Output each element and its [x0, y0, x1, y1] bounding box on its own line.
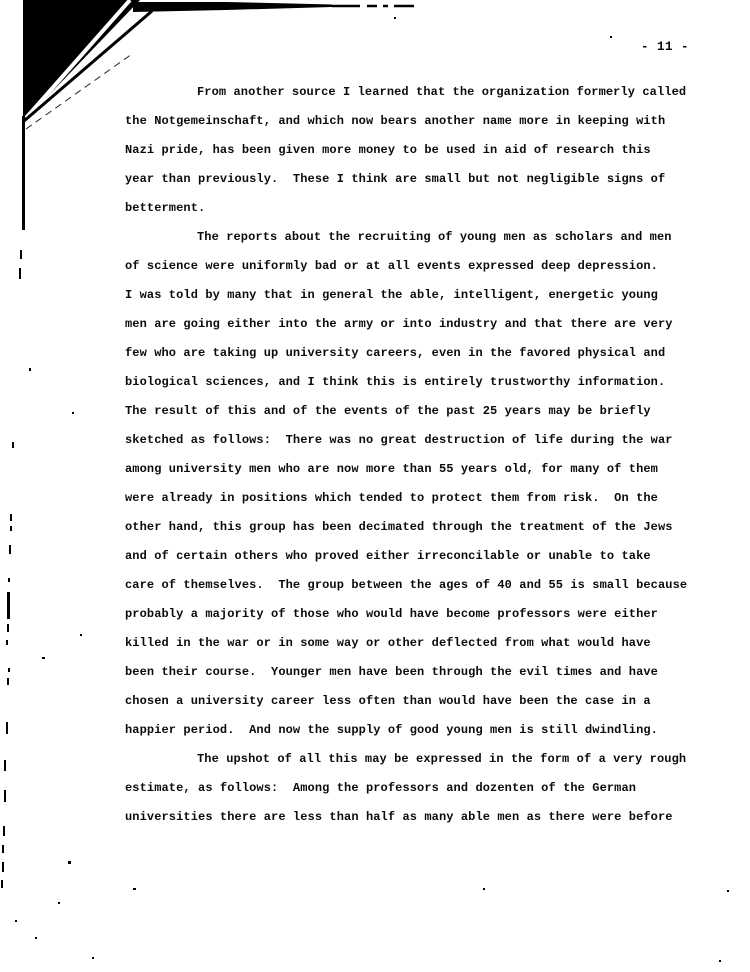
text-line: and of certain others who proved either … — [125, 542, 725, 571]
text-line: few who are taking up university careers… — [125, 339, 725, 368]
text-line: From another source I learned that the o… — [125, 78, 725, 107]
text-line: among university men who are now more th… — [125, 455, 725, 484]
text-line: sketched as follows: There was no great … — [125, 426, 725, 455]
text-line: The reports about the recruiting of youn… — [125, 223, 725, 252]
text-line: care of themselves. The group between th… — [125, 571, 725, 600]
text-line: killed in the war or in some way or othe… — [125, 629, 725, 658]
text-line: The upshot of all this may be expressed … — [125, 745, 725, 774]
typed-text-block: From another source I learned that the o… — [125, 78, 725, 832]
text-line: the Notgemeinschaft, and which now bears… — [125, 107, 725, 136]
page-number: - 11 - — [641, 40, 689, 54]
text-line: The result of this and of the events of … — [125, 397, 725, 426]
text-line: Nazi pride, has been given more money to… — [125, 136, 725, 165]
text-line: year than previously. These I think are … — [125, 165, 725, 194]
text-line: been their course. Younger men have been… — [125, 658, 725, 687]
text-line: probably a majority of those who would h… — [125, 600, 725, 629]
text-line: I was told by many that in general the a… — [125, 281, 725, 310]
document-page: - 11 - From another source I learned tha… — [0, 0, 750, 972]
text-line: of science were uniformly bad or at all … — [125, 252, 725, 281]
text-line: men are going either into the army or in… — [125, 310, 725, 339]
text-line: chosen a university career less often th… — [125, 687, 725, 716]
text-line: estimate, as follows: Among the professo… — [125, 774, 725, 803]
text-line: happier period. And now the supply of go… — [125, 716, 725, 745]
text-line: were already in positions which tended t… — [125, 484, 725, 513]
text-line: betterment. — [125, 194, 725, 223]
text-line: universities there are less than half as… — [125, 803, 725, 832]
top-bar-artifact — [133, 2, 332, 12]
corner-fold-artifact — [23, 0, 140, 122]
text-line: biological sciences, and I think this is… — [125, 368, 725, 397]
text-line: other hand, this group has been decimate… — [125, 513, 725, 542]
